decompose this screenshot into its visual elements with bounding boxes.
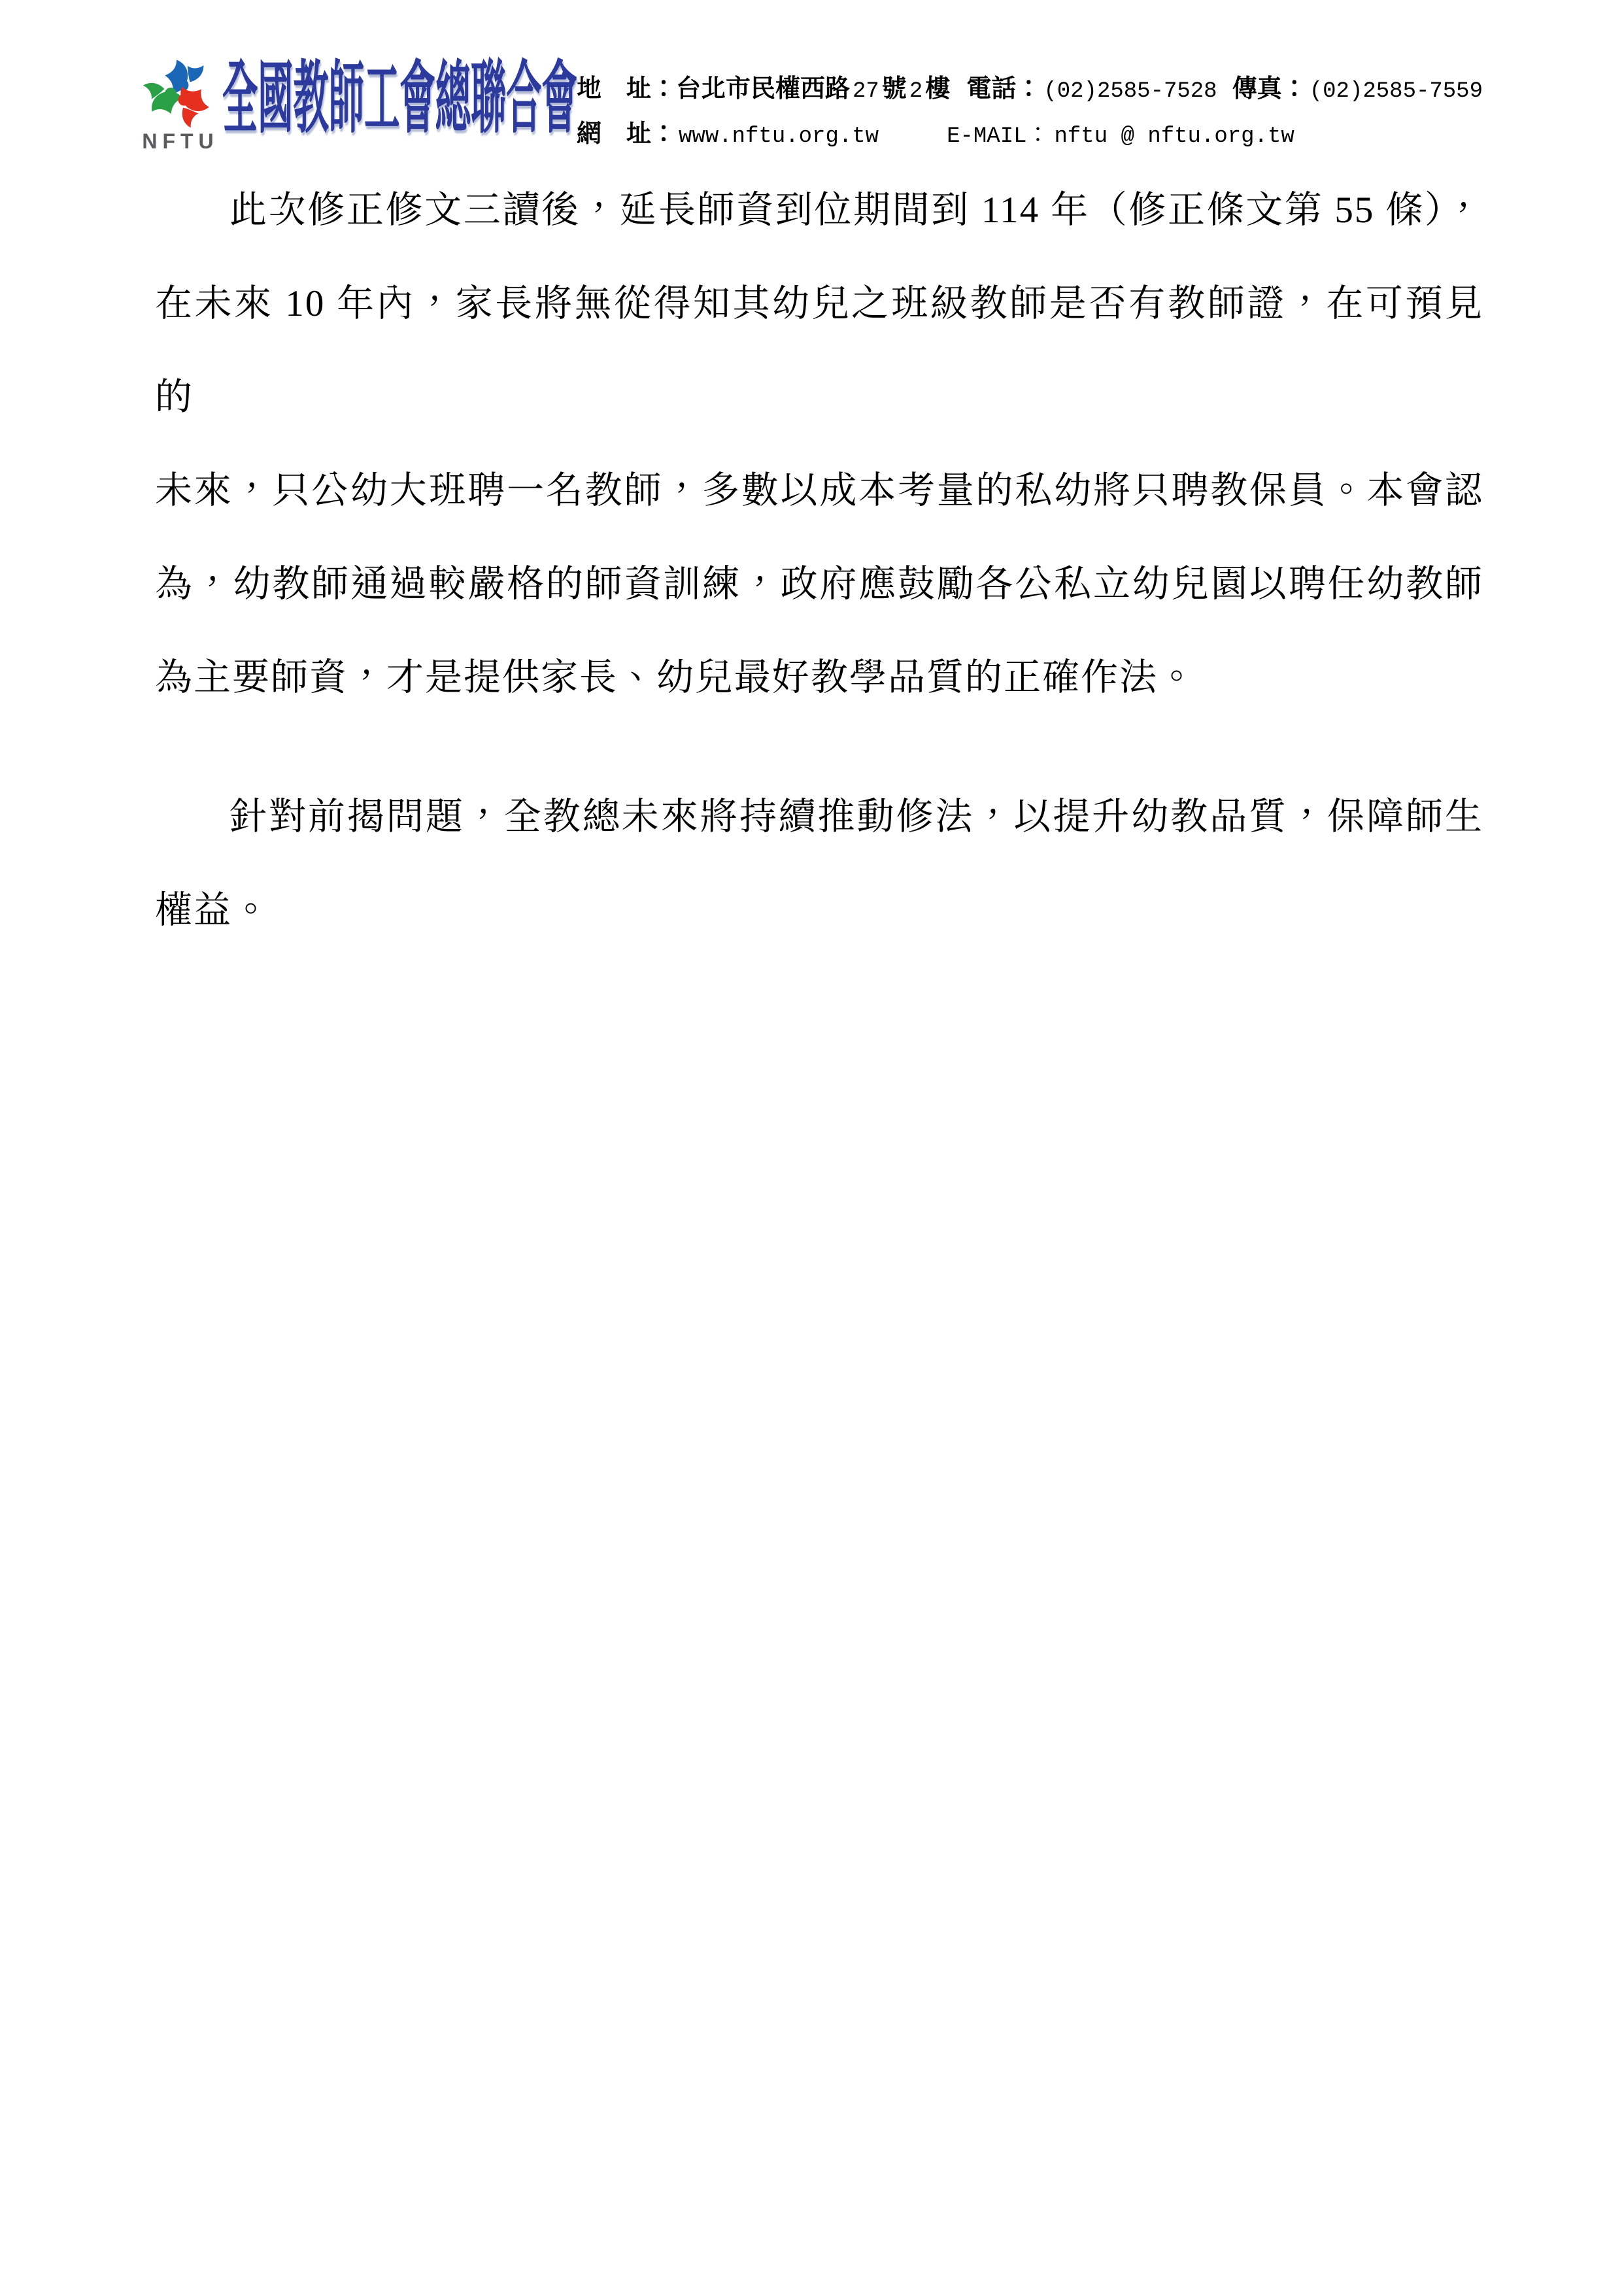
logo-acronym: NFTU [139,129,222,154]
address-label: 地 址： [577,68,676,104]
fax-label: 傳真： [1232,68,1307,104]
paragraph-2: 針對前揭問題，全教總未來將持續推動修法，以提升幼教品質，保障師生 權益。 [155,770,1483,957]
address-street: 台北市民權西路 [676,68,850,104]
paragraph-1-line-4: 為，幼教師通過較嚴格的師資訓練，政府應鼓勵各公私立幼兒園以聘任幼教師 [155,537,1483,631]
contact-row-address: 地 址： 台北市民權西路 27 號 2 樓 電話： (02)2585-7528 … [577,68,1485,104]
letterhead: NFTU 全國教師工會總聯合會 地 址： 台北市民權西路 27 號 2 樓 電話… [0,0,1624,170]
email-address: nftu @ nftu.org.tw [1052,124,1297,149]
paragraph-2-line-2: 權益。 [155,864,1483,957]
address-floor-unit: 樓 [925,68,950,104]
paragraph-1-line-1: 此次修正修文三讀後，延長師資到位期間到 114 年（修正條文第 55 條）， [155,163,1483,257]
document-page: NFTU 全國教師工會總聯合會 地 址： 台北市民權西路 27 號 2 樓 電話… [0,0,1624,2294]
nftu-triskelion-icon [139,52,220,133]
paragraph-2-line-1: 針對前揭問題，全教總未來將持續推動修法，以提升幼教品質，保障師生 [155,770,1483,864]
fax-number: (02)2585-7559 [1307,79,1485,104]
org-name-calligraphy: 全國教師工會總聯合會 [222,53,553,153]
contact-info: 地 址： 台北市民權西路 27 號 2 樓 電話： (02)2585-7528 … [577,68,1485,149]
phone-label: 電話： [966,68,1041,104]
org-logo: NFTU 全國教師工會總聯合會 [139,52,570,163]
logo-mark: NFTU [139,52,222,160]
website-label: 網 址： [577,113,676,149]
paragraph-1: 此次修正修文三讀後，延長師資到位期間到 114 年（修正條文第 55 條）， 在… [155,163,1483,724]
paragraph-1-line-2: 在未來 10 年內，家長將無從得知其幼兒之班級教師是否有教師證，在可預見的 [155,257,1483,444]
email-label: E-MAIL： [944,116,1051,149]
paragraph-1-line-5: 為主要師資，才是提供家長、幼兒最好教學品質的正確作法。 [155,631,1483,724]
website-url: www.nftu.org.tw [676,124,881,149]
paragraph-1-line-3: 未來，只公幼大班聘一名教師，多數以成本考量的私幼將只聘教保員。本會認 [155,444,1483,537]
address-number-unit: 號 [882,68,907,104]
address-floor: 2 [907,79,925,104]
document-body: 此次修正修文三讀後，延長師資到位期間到 114 年（修正條文第 55 條）， 在… [155,163,1483,957]
contact-row-web: 網 址： www.nftu.org.tw E-MAIL： nftu @ nftu… [577,113,1485,149]
phone-number: (02)2585-7528 [1041,79,1219,104]
address-number: 27 [850,79,882,104]
